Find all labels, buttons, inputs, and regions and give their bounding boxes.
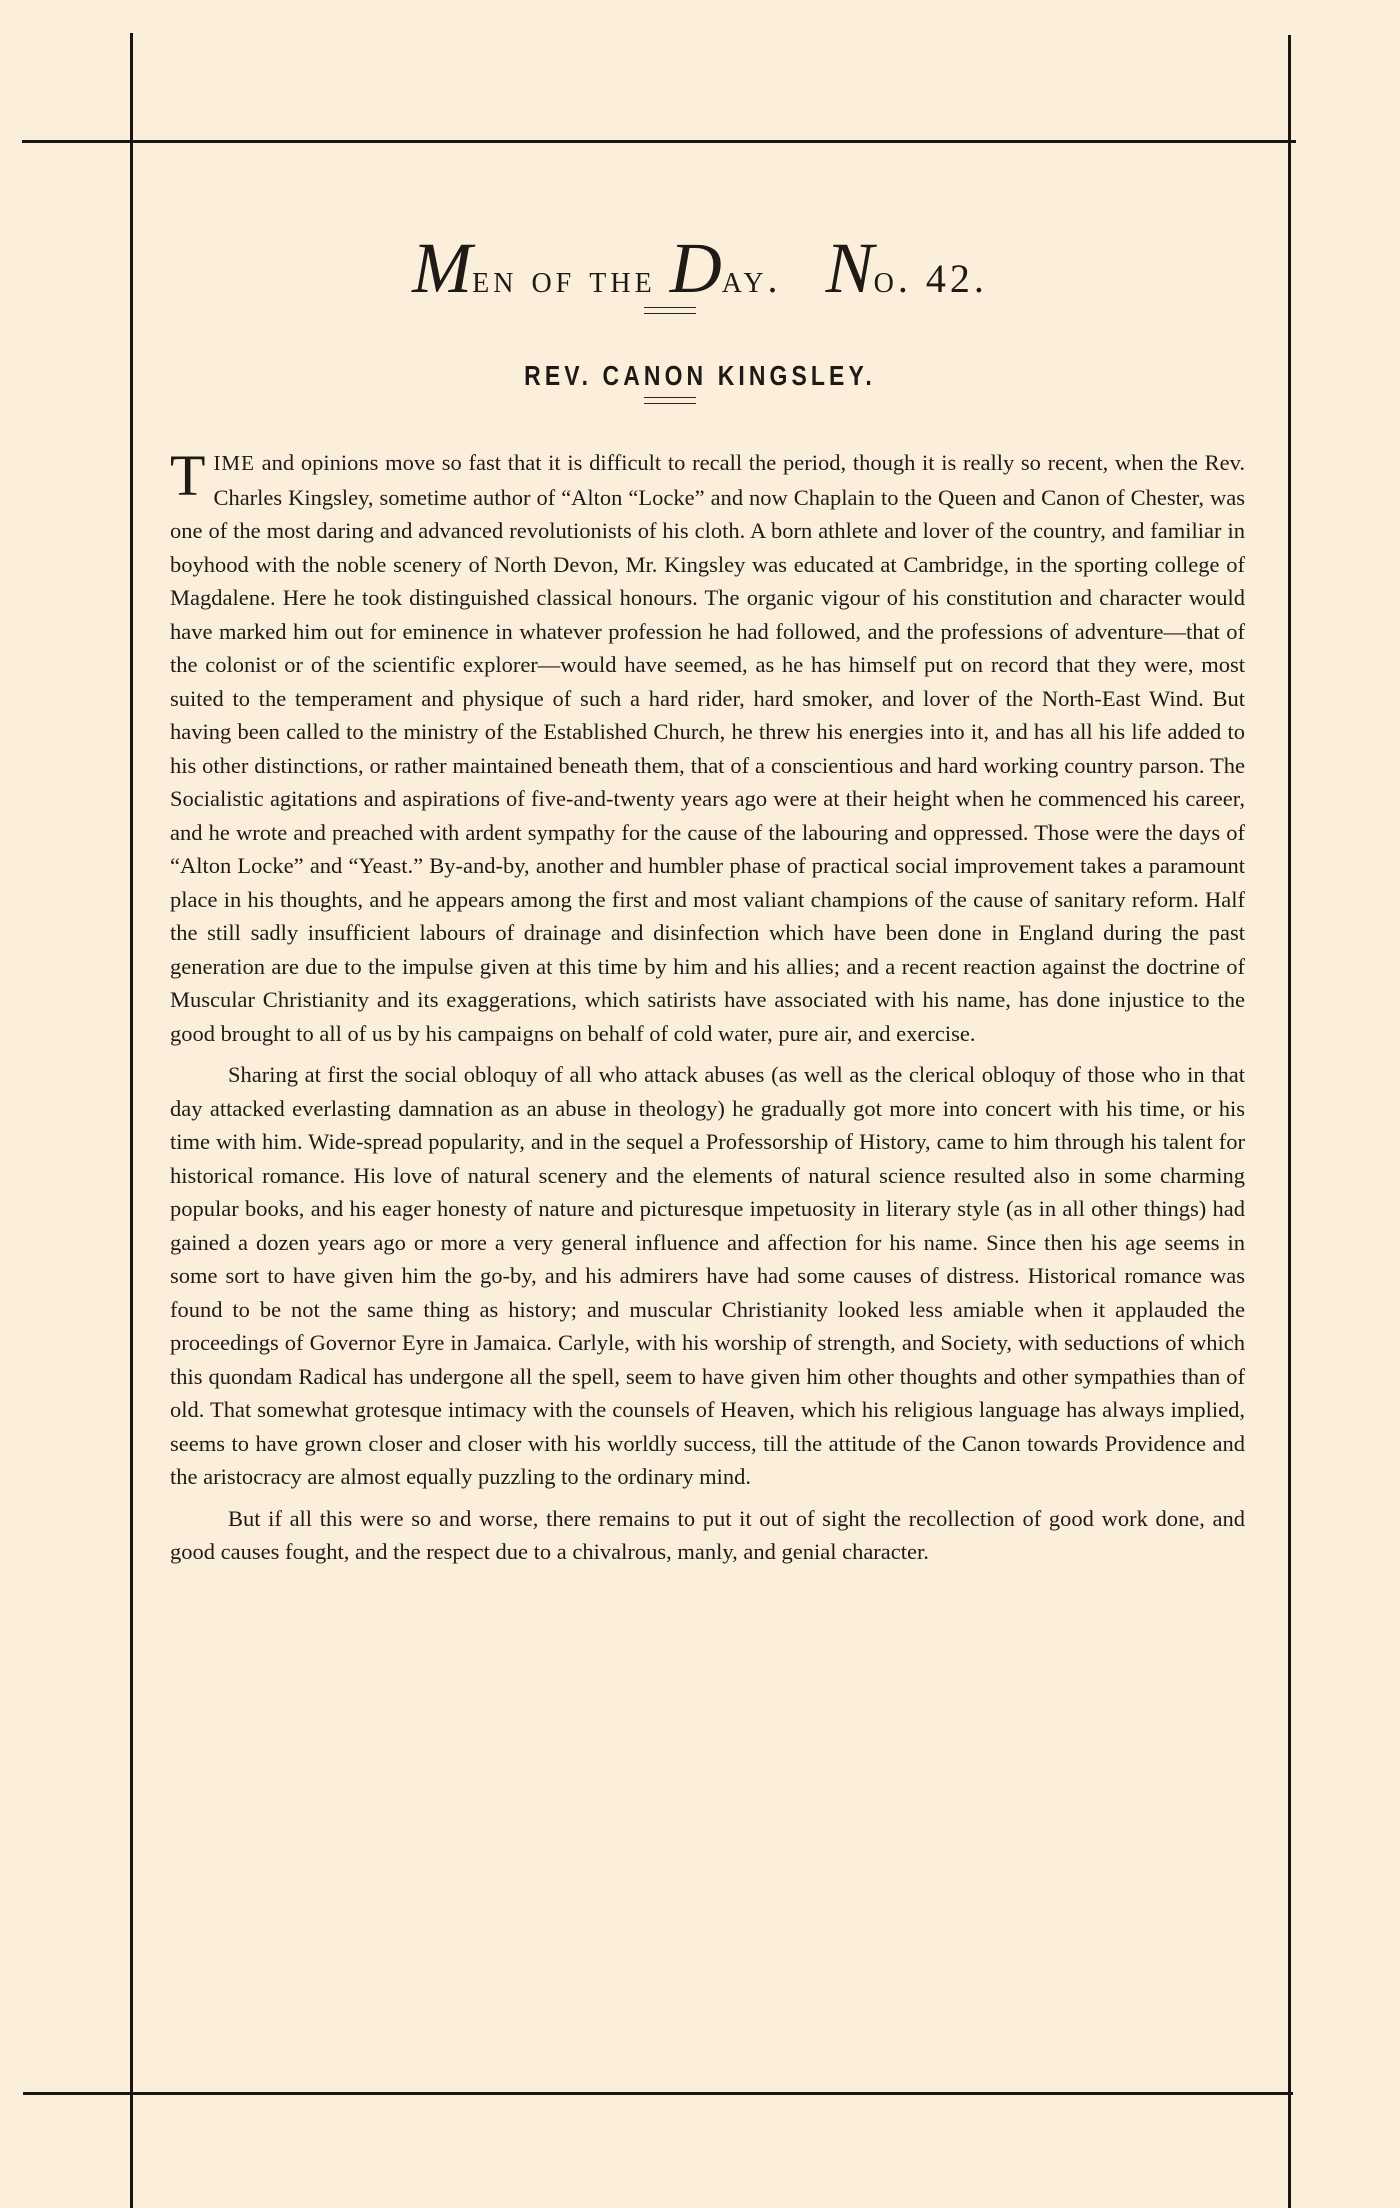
title-initial-m: M (412, 228, 472, 308)
paragraph-1-text: and opinions move so fast that it is dif… (170, 450, 1245, 1046)
top-border-rule (22, 140, 1296, 143)
paragraph-3: But if all this were so and worse, there… (170, 1502, 1245, 1569)
bottom-border-rule (23, 2092, 1293, 2095)
double-rule-upper (644, 307, 696, 314)
lead-word: IME (213, 451, 255, 475)
title-word-men: en of the (472, 256, 656, 301)
issue-number: o. 42. (874, 256, 988, 301)
article-body: TIME and opinions move so fast that it i… (170, 446, 1245, 1577)
title-initial-d: D (670, 228, 722, 308)
series-title: Men of the Day.No. 42. (0, 227, 1400, 310)
title-word-day: ay. (722, 256, 782, 301)
drop-cap: T (170, 453, 205, 499)
paragraph-2: Sharing at first the social obloquy of a… (170, 1058, 1245, 1494)
right-border-rule (1288, 35, 1291, 2208)
double-rule-lower (644, 397, 696, 404)
subject-name: REV. CANON KINGSLEY. (126, 360, 1274, 392)
number-initial-n: N (826, 228, 874, 308)
paragraph-1: TIME and opinions move so fast that it i… (170, 446, 1245, 1050)
